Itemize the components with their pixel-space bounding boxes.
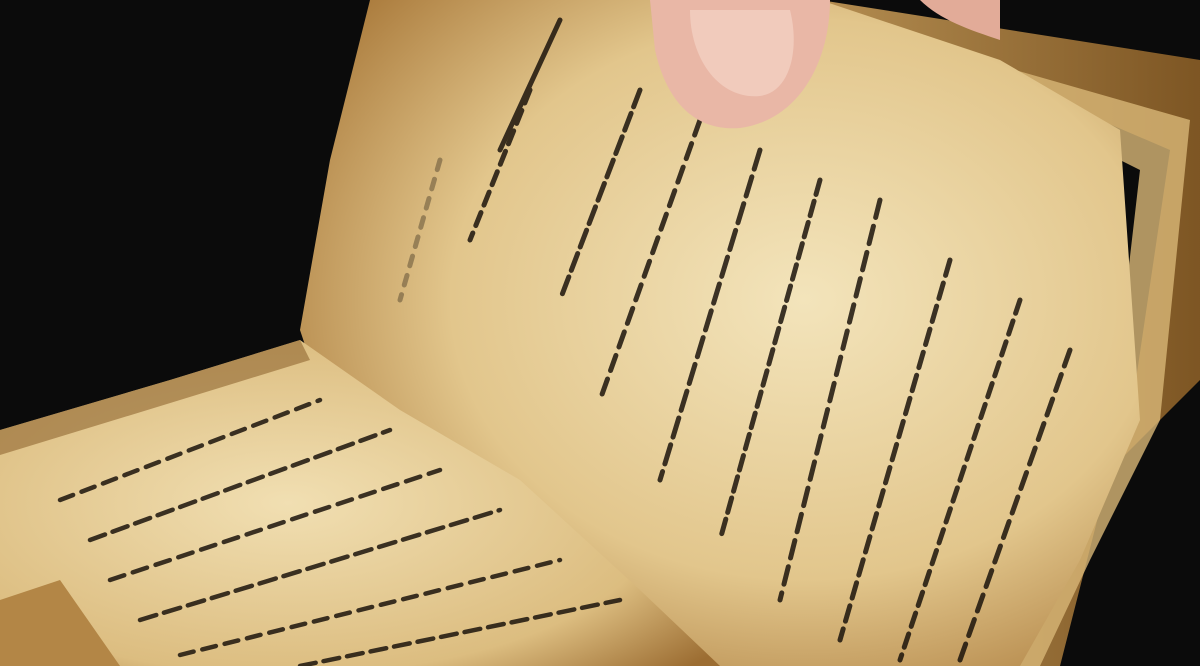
manuscript-illustration: [0, 0, 1200, 666]
manuscript-photo: Ancient handwritten Hebrew manuscript: [0, 0, 1200, 666]
